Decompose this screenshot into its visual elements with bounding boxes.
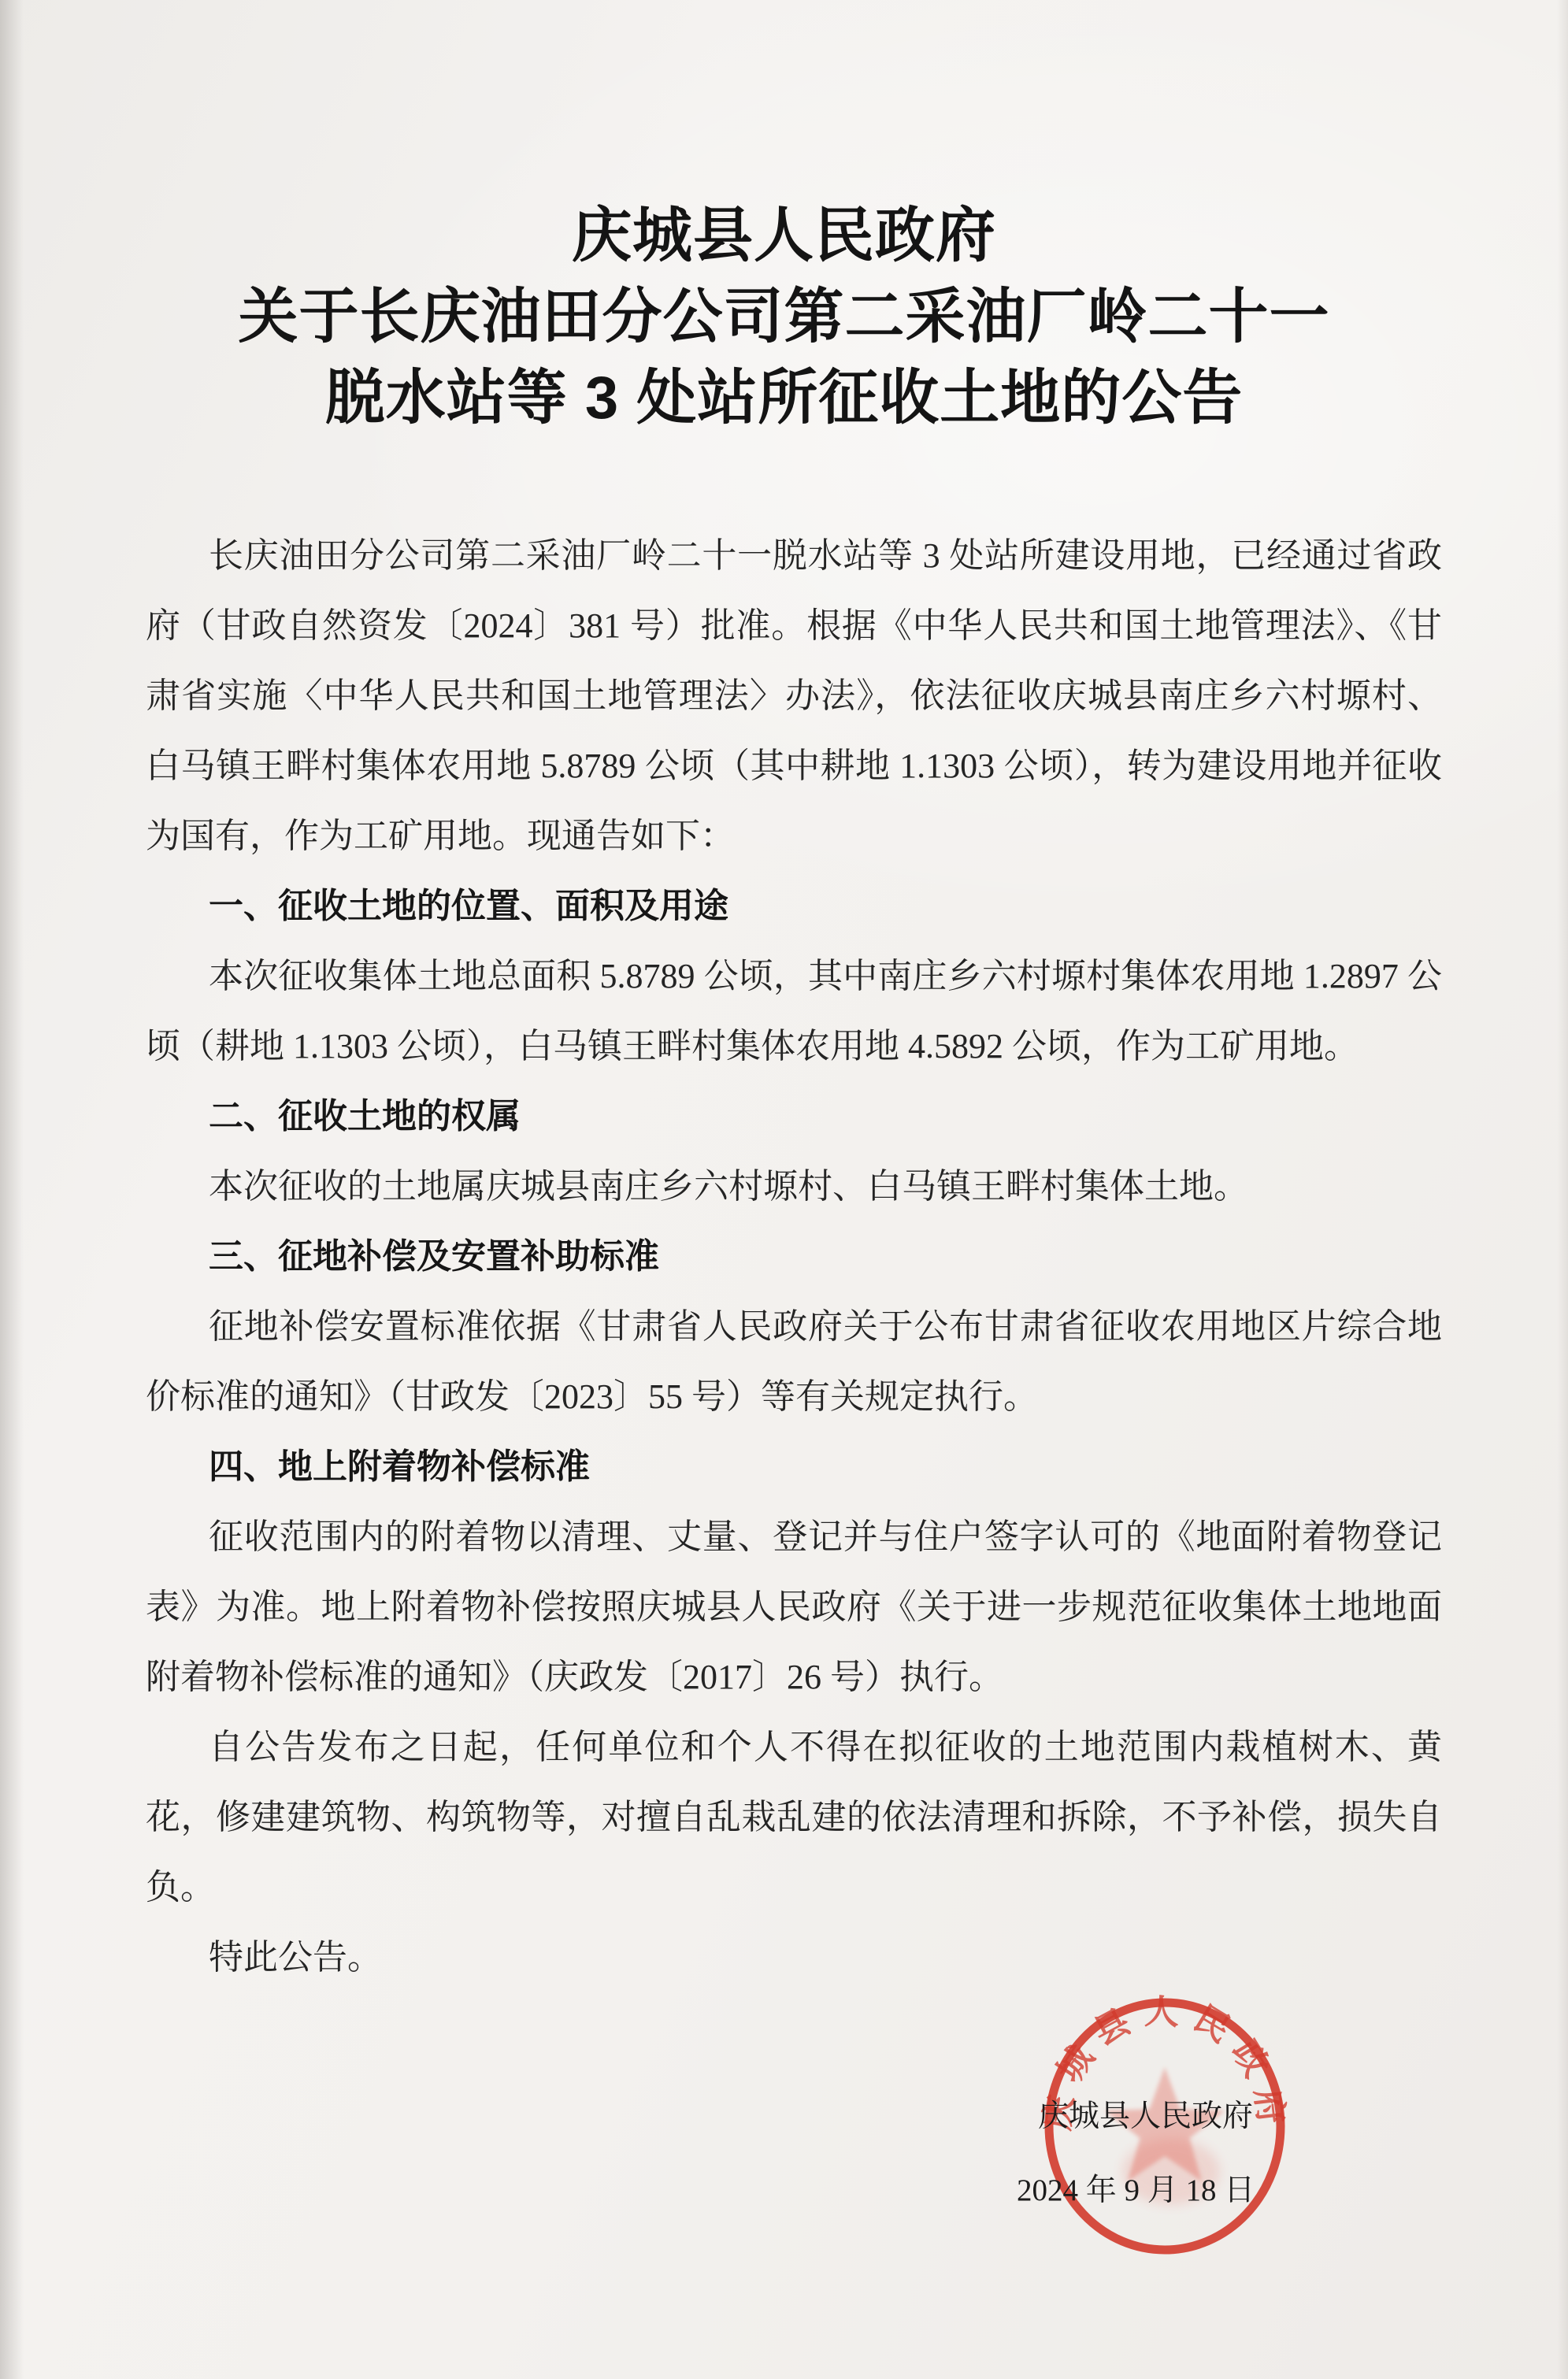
paragraph-prohibition: 自公告发布之日起，任何单位和个人不得在拟征收的土地范围内栽植树木、黄花，修建建筑… xyxy=(146,1712,1442,1922)
signature-date: 2024 年 9 月 18 日 xyxy=(1017,2166,1255,2210)
document-title: 庆城县人民政府 关于长庆油田分公司第二采油厂岭二十一 脱水站等 3 处站所征收土… xyxy=(47,195,1521,439)
title-line-1: 庆城县人民政府 xyxy=(47,195,1521,276)
title-line-2: 关于长庆油田分公司第二采油厂岭二十一 xyxy=(47,276,1521,358)
section-2-paragraph: 本次征收的土地属庆城县南庄乡六村塬村、白马镇王畔村集体土地。 xyxy=(146,1151,1442,1221)
title-line-3: 脱水站等 3 处站所征收土地的公告 xyxy=(47,358,1521,439)
paragraph-closing: 特此公告。 xyxy=(146,1922,1442,1992)
section-4-paragraph: 征收范围内的附着物以清理、丈量、登记并与住户签字认可的《地面附着物登记表》为准。… xyxy=(146,1502,1442,1712)
announcement-page: 庆城县人民政府 关于长庆油田分公司第二采油厂岭二十一 脱水站等 3 处站所征收土… xyxy=(0,0,1568,2379)
section-3-paragraph: 征地补偿安置标准依据《甘肃省人民政府关于公布甘肃省征收农用地区片综合地价标准的通… xyxy=(146,1291,1442,1432)
section-1-heading: 一、征收土地的位置、面积及用途 xyxy=(146,871,1442,941)
document-body: 长庆油田分公司第二采油厂岭二十一脱水站等 3 处站所建设用地，已经通过省政府（甘… xyxy=(146,521,1442,1992)
paragraph-intro: 长庆油田分公司第二采油厂岭二十一脱水站等 3 处站所建设用地，已经通过省政府（甘… xyxy=(146,521,1442,871)
section-2-heading: 二、征收土地的权属 xyxy=(146,1081,1442,1151)
signature-authority: 庆城县人民政府 xyxy=(1038,2092,1253,2136)
section-1-paragraph: 本次征收集体土地总面积 5.8789 公顷，其中南庄乡六村塬村集体农用地 1.2… xyxy=(146,941,1442,1081)
section-4-heading: 四、地上附着物补偿标准 xyxy=(146,1432,1442,1502)
section-3-heading: 三、征地补偿及安置补助标准 xyxy=(146,1221,1442,1291)
